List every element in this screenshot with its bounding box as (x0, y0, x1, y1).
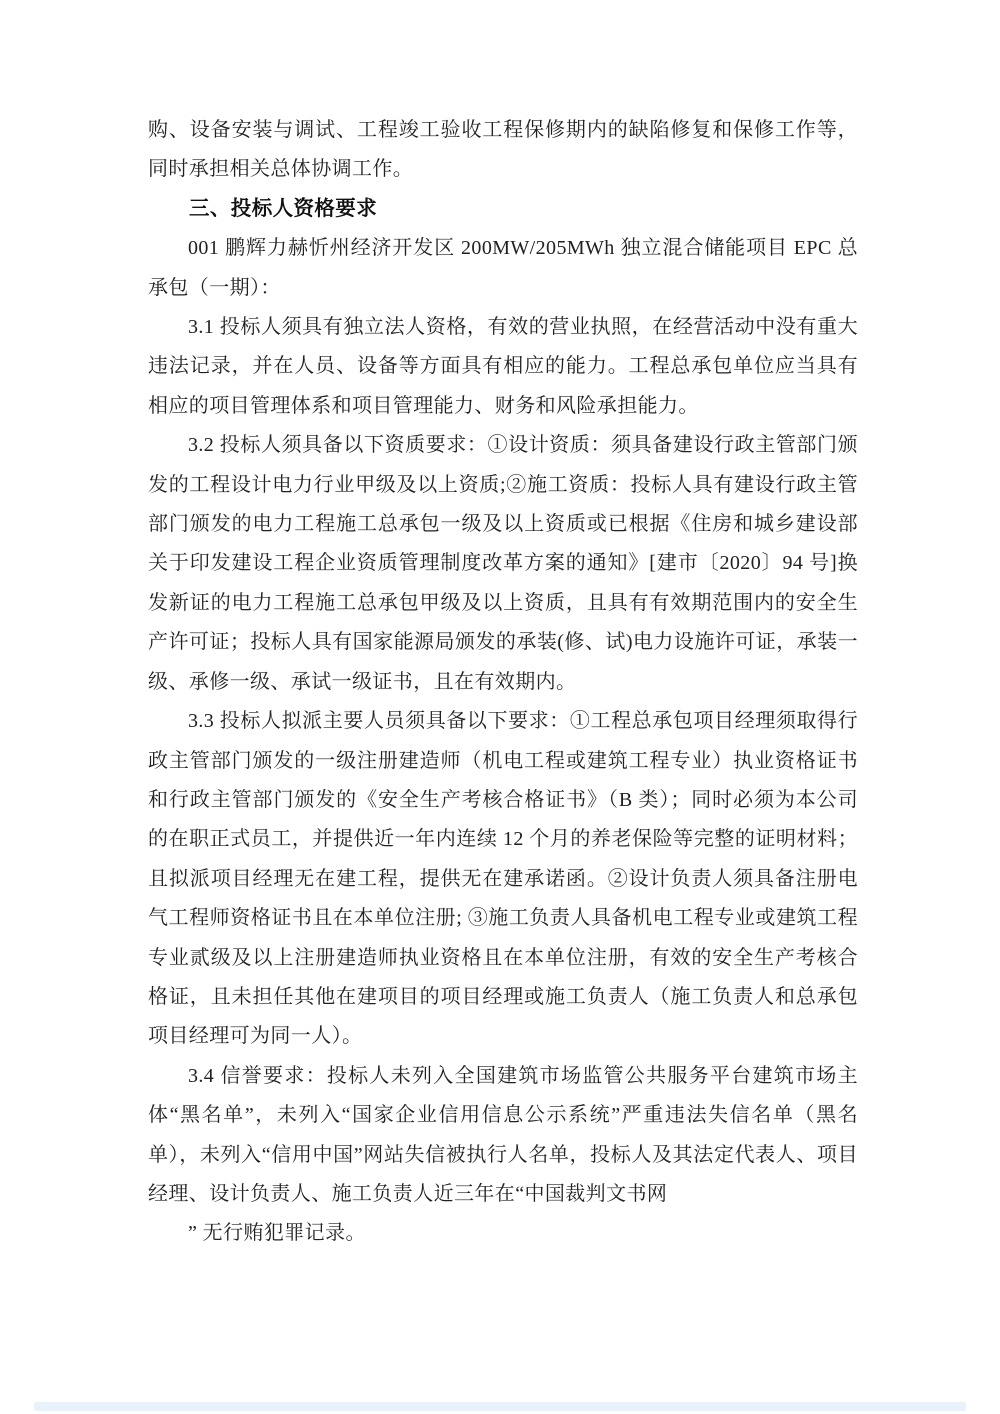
paragraph-clause-3-4-continuation: ” 无行贿犯罪记录。 (148, 1214, 858, 1253)
paragraph-clause-3-3: 3.3 投标人拟派主要人员须具备以下要求：①工程总承包项目经理须取得行政主管部门… (148, 702, 858, 1057)
document-body: 购、设备安装与调试、工程竣工验收工程保修期内的缺陷修复和保修工作等，同时承担相关… (148, 111, 858, 1254)
paragraph-clause-3-4: 3.4 信誉要求：投标人未列入全国建筑市场监管公共服务平台建筑市场主体“黑名单”… (148, 1057, 858, 1215)
document-page: 购、设备安装与调试、工程竣工验收工程保修期内的缺陷修复和保修工作等，同时承担相关… (0, 0, 1000, 1414)
paragraph-project-title: 001 鹏辉力赫忻州经济开发区 200MW/205MWh 独立混合储能项目 EP… (148, 229, 858, 308)
section-heading-bidder-qualification: 三、投标人资格要求 (148, 190, 858, 229)
paragraph-clause-3-2: 3.2 投标人须具备以下资质要求：①设计资质：须具备建设行政主管部门颁发的工程设… (148, 426, 858, 702)
paragraph-scope-continuation: 购、设备安装与调试、工程竣工验收工程保修期内的缺陷修复和保修工作等，同时承担相关… (148, 111, 858, 190)
page-bottom-accent-bar (34, 1402, 966, 1411)
paragraph-clause-3-1: 3.1 投标人须具有独立法人资格，有效的营业执照，在经营活动中没有重大违法记录，… (148, 308, 858, 426)
